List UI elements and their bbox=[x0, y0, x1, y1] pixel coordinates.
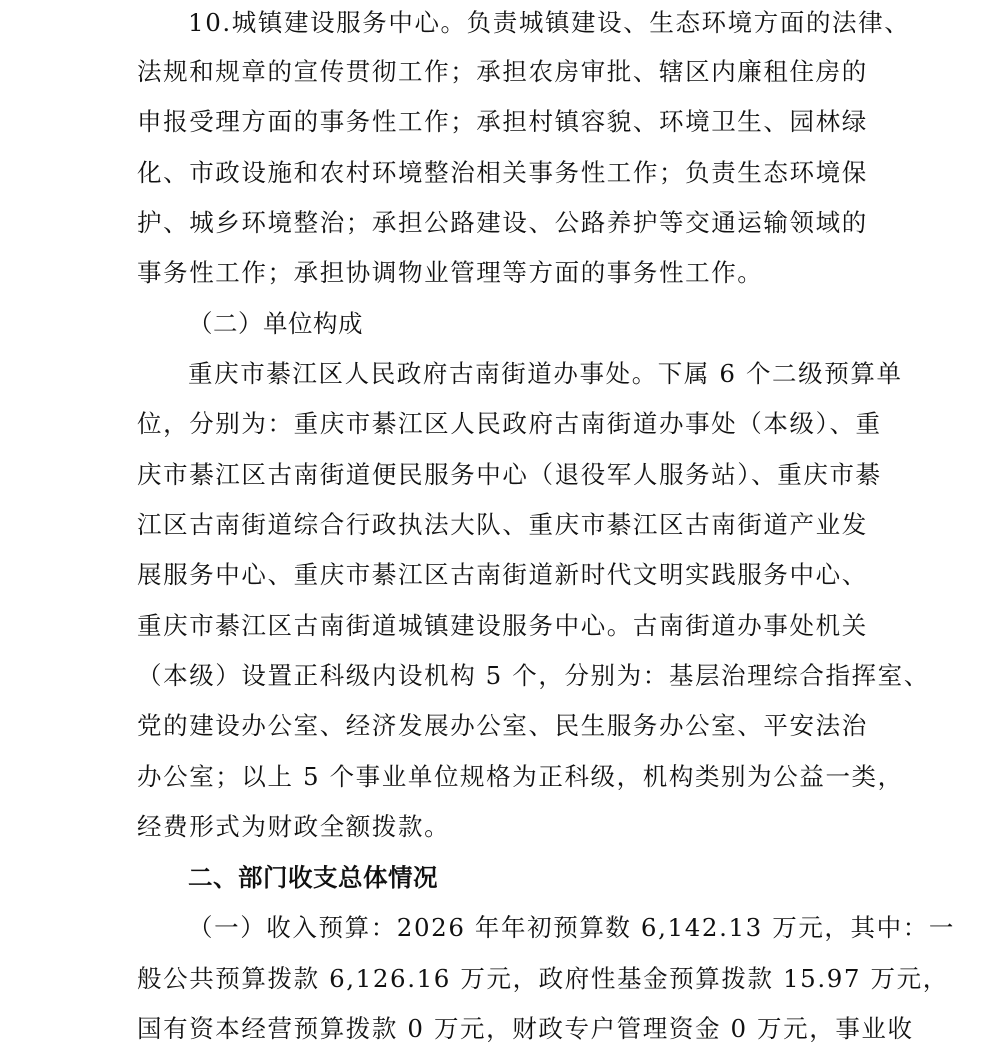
income-budget-line-3: 国有资本经营预算拨款 0 万元，财政专户管理资金 0 万元，事业收 bbox=[137, 1014, 914, 1044]
paragraph-10-line-5: 护、城乡环境整治；承担公路建设、公路养护等交通运输领域的 bbox=[137, 208, 868, 238]
unit-composition-line-1: 重庆市綦江区人民政府古南街道办事处。下属 6 个二级预算单 bbox=[188, 359, 903, 389]
chapter-income-expenditure-heading: 二、部门收支总体情况 bbox=[188, 863, 438, 893]
income-budget-line-2: 般公共预算拨款 6,126.16 万元，政府性基金预算拨款 15.97 万元， bbox=[137, 964, 949, 994]
unit-composition-line-9: 办公室；以上 5 个事业单位规格为正科级，机构类别为公益一类， bbox=[137, 762, 904, 792]
unit-composition-line-2: 位，分别为：重庆市綦江区人民政府古南街道办事处（本级）、重 bbox=[137, 409, 882, 439]
unit-composition-line-3: 庆市綦江区古南街道便民服务中心（退役军人服务站）、重庆市綦 bbox=[137, 460, 882, 490]
section-unit-composition-heading: （二）单位构成 bbox=[188, 309, 363, 339]
unit-composition-line-5: 展服务中心、重庆市綦江区古南街道新时代文明实践服务中心、 bbox=[137, 560, 868, 590]
unit-composition-line-6: 重庆市綦江区古南街道城镇建设服务中心。古南街道办事处机关 bbox=[137, 611, 868, 641]
income-budget-line-1: （一）收入预算：2026 年年初预算数 6,142.13 万元，其中：一 bbox=[188, 913, 955, 943]
unit-composition-line-8: 党的建设办公室、经济发展办公室、民生服务办公室、平安法治 bbox=[137, 711, 868, 741]
paragraph-10-line-2: 法规和规章的宣传贯彻工作；承担农房审批、辖区内廉租住房的 bbox=[137, 57, 868, 87]
unit-composition-line-10: 经费形式为财政全额拨款。 bbox=[137, 812, 450, 842]
paragraph-10-line-6: 事务性工作；承担协调物业管理等方面的事务性工作。 bbox=[137, 258, 763, 288]
document-page: 10.城镇建设服务中心。负责城镇建设、生态环境方面的法律、 法规和规章的宣传贯彻… bbox=[0, 0, 1000, 1053]
paragraph-10-line-3: 申报受理方面的事务性工作；承担村镇容貌、环境卫生、园林绿 bbox=[137, 107, 868, 137]
unit-composition-line-7: （本级）设置正科级内设机构 5 个，分别为：基层治理综合指挥室、 bbox=[137, 661, 930, 691]
paragraph-10-line-4: 化、市政设施和农村环境整治相关事务性工作；负责生态环境保 bbox=[137, 158, 868, 188]
paragraph-10-line-1: 10.城镇建设服务中心。负责城镇建设、生态环境方面的法律、 bbox=[188, 8, 910, 38]
unit-composition-line-4: 江区古南街道综合行政执法大队、重庆市綦江区古南街道产业发 bbox=[137, 510, 868, 540]
